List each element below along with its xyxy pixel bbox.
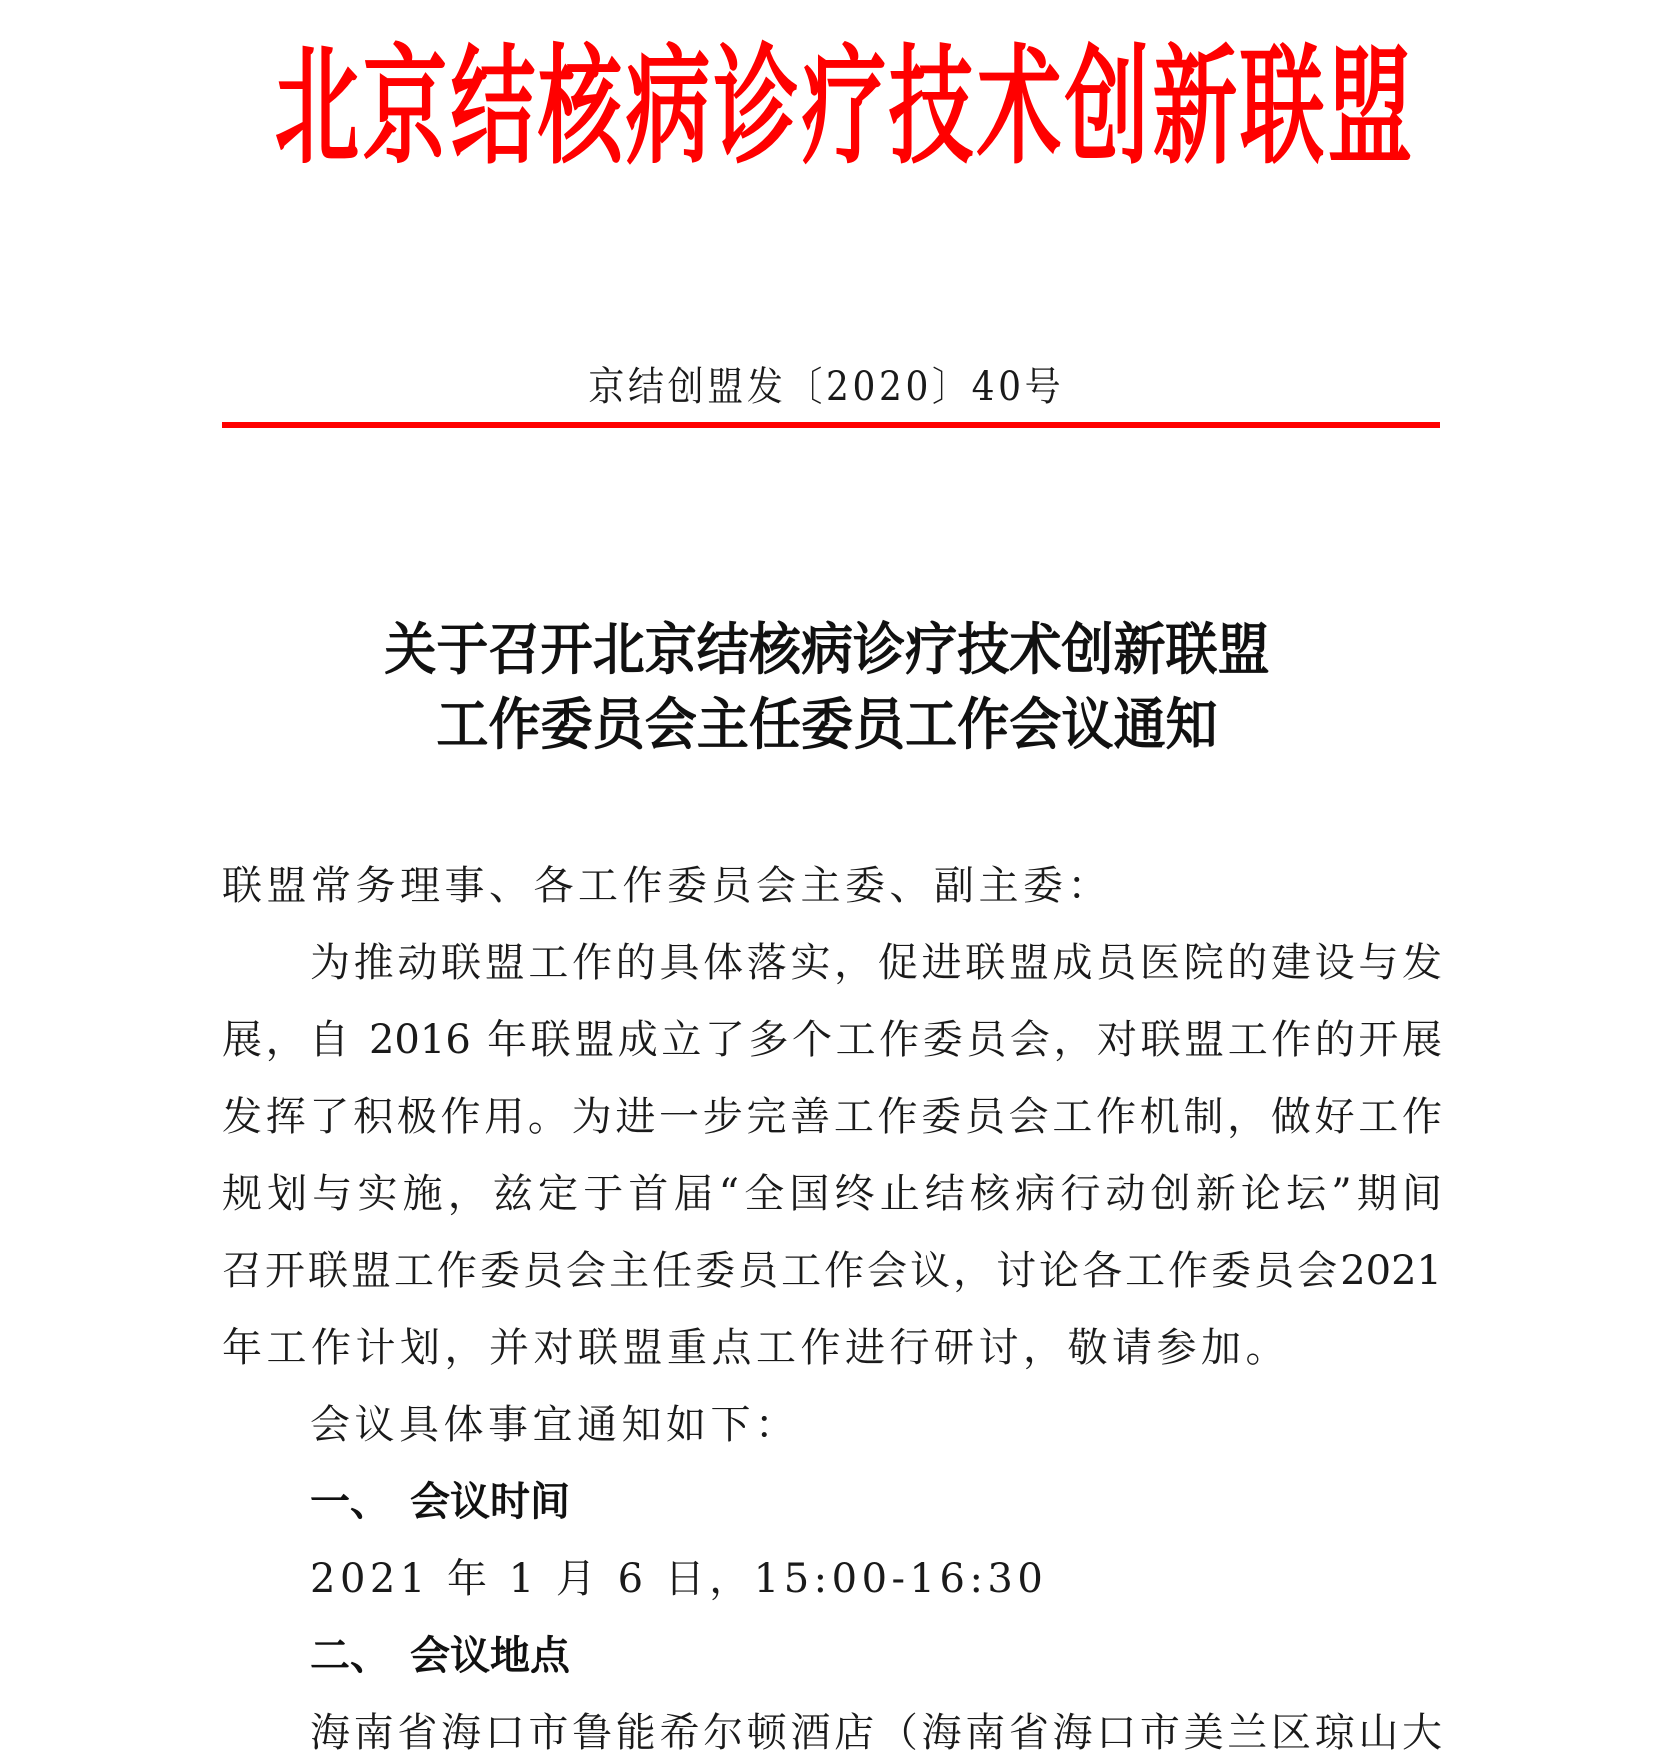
masthead-char: 技 <box>889 44 946 172</box>
red-divider-rule <box>222 422 1440 428</box>
details-intro: 会议具体事宜通知如下： <box>310 1405 1442 1445</box>
notice-title-line-2: 工作委员会主任委员工作会议通知 <box>0 697 1653 753</box>
masthead-char: 核 <box>538 44 595 172</box>
masthead-char: 联 <box>1240 44 1297 172</box>
masthead-char: 诊 <box>714 44 771 172</box>
paragraph-line: 发挥了积极作用。为进一步完善工作委员会工作机制，做好工作 <box>222 1097 1442 1137</box>
paragraph-line: 年工作计划，并对联盟重点工作进行研讨，敬请参加。 <box>222 1328 1442 1368</box>
meeting-location: 海南省海口市鲁能希尔顿酒店（海南省海口市美兰区琼山大 <box>310 1713 1442 1753</box>
paragraph-line: 召开联盟工作委员会主任委员工作会议，讨论各工作委员会2021 <box>222 1251 1442 1291</box>
masthead-char: 病 <box>626 44 683 172</box>
section-heading-time: 一、会议时间 <box>310 1482 570 1522</box>
document-page: 北 京 结 核 病 诊 疗 技 术 创 新 联 盟 京结创盟发〔2020〕40号… <box>0 0 1653 1760</box>
masthead-char: 京 <box>363 44 420 172</box>
section-number: 一、 <box>310 1482 410 1522</box>
salutation: 联盟常务理事、各工作委员会主委、副主委： <box>222 866 1442 906</box>
masthead-char: 北 <box>275 44 332 172</box>
section-heading-location: 二、会议地点 <box>310 1636 570 1676</box>
paragraph-line: 展，自 2016 年联盟成立了多个工作委员会，对联盟工作的开展 <box>222 1020 1442 1060</box>
masthead-char: 结 <box>450 44 507 172</box>
masthead-char: 疗 <box>801 44 858 172</box>
section-heading-label: 会议时间 <box>410 1479 570 1525</box>
document-number: 京结创盟发〔2020〕40号 <box>0 355 1653 412</box>
masthead-title: 北 京 结 核 病 诊 疗 技 术 创 新 联 盟 <box>260 28 1400 188</box>
notice-title-line-1: 关于召开北京结核病诊疗技术创新联盟 <box>0 622 1653 678</box>
section-heading-label: 会议地点 <box>410 1633 570 1679</box>
section-number: 二、 <box>310 1636 410 1676</box>
masthead-char: 创 <box>1065 44 1122 172</box>
meeting-time: 2021 年 1 月 6 日，15:00-16:30 <box>310 1559 1442 1599</box>
masthead-char: 新 <box>1152 44 1209 172</box>
masthead-char: 盟 <box>1328 44 1385 172</box>
paragraph-line: 规划与实施，兹定于首届“全国终止结核病行动创新论坛”期间 <box>222 1174 1442 1214</box>
paragraph-line: 为推动联盟工作的具体落实，促进联盟成员医院的建设与发 <box>310 943 1442 983</box>
masthead-char: 术 <box>977 44 1034 172</box>
